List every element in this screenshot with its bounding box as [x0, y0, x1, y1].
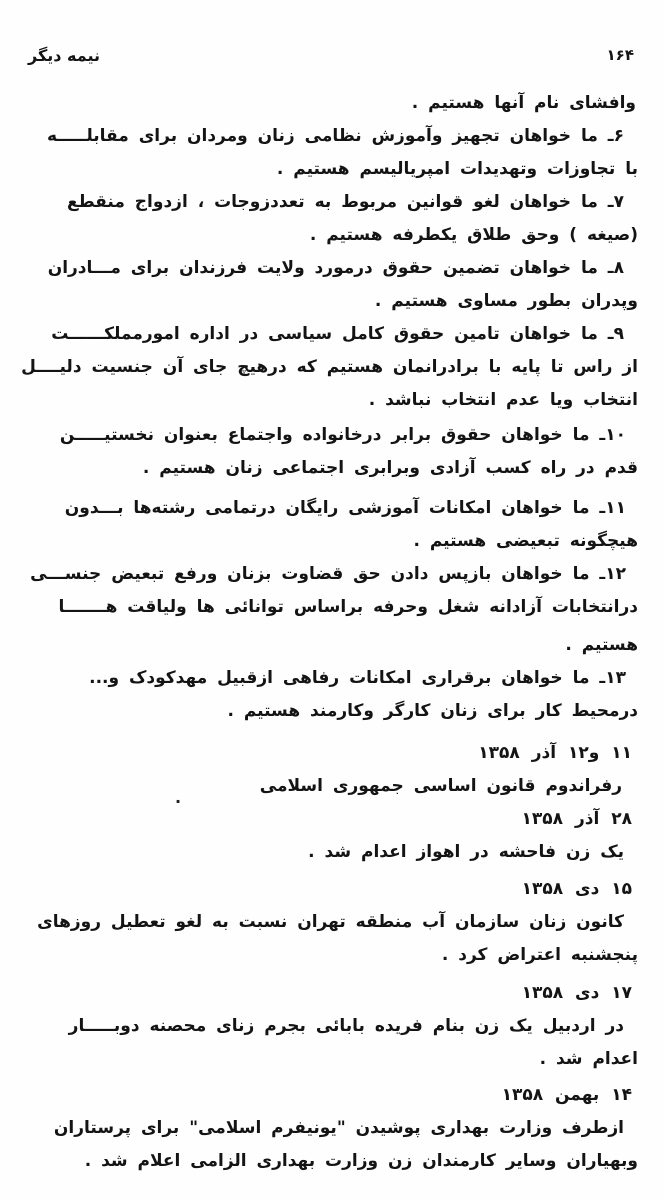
event-text-cont: اعدام شد . — [26, 1043, 638, 1076]
paragraph-continuation: وافشای نام آنها هستیم . — [26, 87, 638, 120]
demand-item-7-cont: (صیغه ) وحق طلاق یکطرفه هستیم . — [26, 219, 638, 252]
demand-item-10-cont: قدم در راه کسب آزادی وبرابری اجتماعی زنا… — [26, 452, 638, 485]
event-text: ازطرف وزارت بهداری پوشیدن "یونیفرم اسلام… — [26, 1112, 638, 1145]
demand-item-11-cont: هیچگونه تبعیضی هستیم . — [26, 525, 638, 558]
date-heading: ۱۷ دی ۱۳۵۸ — [26, 977, 638, 1010]
event-text-cont: وبهیاران وسایر کارمندان زن وزارت بهداری … — [26, 1145, 638, 1178]
demand-item-12-cont: درانتخابات آزادانه شغل وحرفه براساس توان… — [26, 591, 638, 624]
event-text: در اردبیل یک زن بنام فریده بابائی بجرم ز… — [26, 1010, 638, 1043]
scanned-document-page: ۱۶۴ نیمه دیگر وافشای نام آنها هستیم .۶ـ … — [0, 0, 664, 1200]
scan-artifact-dot: . — [175, 788, 181, 807]
demand-item-6-cont: با تجاوزات وتهدیدات امپریالیسم هستیم . — [26, 153, 638, 186]
demand-item-9-cont: از راس تا پایه با برادرانمان هستیم که در… — [26, 351, 638, 384]
page-number: ۱۶۴ — [607, 46, 638, 64]
date-heading: ۱۵ دی ۱۳۵۸ — [26, 873, 638, 906]
demand-item-13: ۱۳ـ ما خواهان برقراری امکانات رفاهی ازقب… — [26, 662, 638, 695]
demand-item-8-cont: وپدران بطور مساوی هستیم . — [26, 285, 638, 318]
event-text-cont: پنجشنبه اعتراض کرد . — [26, 939, 638, 972]
demand-item-12: ۱۲ـ ما خواهان بازپس دادن حق قضاوت بزنان … — [26, 558, 638, 591]
event-text: رفراندوم قانون اساسی جمهوری اسلامی — [26, 770, 638, 803]
date-heading: ۱۱ و۱۲ آذر ۱۳۵۸ — [26, 737, 638, 770]
demand-item-9-cont: انتخاب ویا عدم انتخاب نباشد . — [26, 384, 638, 417]
demand-item-12-cont: هستیم . — [26, 629, 638, 662]
demand-item-13-cont: درمحیط کار برای زنان کارگر وکارمند هستیم… — [26, 695, 638, 728]
demand-item-11: ۱۱ـ ما خواهان امکانات آموزشی رایگان درتم… — [26, 492, 638, 525]
page-header: ۱۶۴ نیمه دیگر — [26, 46, 638, 65]
document-body: وافشای نام آنها هستیم .۶ـ ما خواهان تجهی… — [26, 87, 638, 1178]
demand-item-6: ۶ـ ما خواهان تجهیز وآموزش نظامی زنان ومر… — [26, 120, 638, 153]
journal-title: نیمه دیگر — [26, 46, 100, 65]
event-text: کانون زنان سازمان آب منطقه تهران نسبت به… — [26, 906, 638, 939]
demand-item-8: ۸ـ ما خواهان تضمین حقوق درمورد ولایت فرز… — [26, 252, 638, 285]
date-heading: ۱۴ بهمن ۱۳۵۸ — [26, 1079, 638, 1112]
date-heading: ۲۸ آذر ۱۳۵۸ — [26, 803, 638, 836]
demand-item-10: ۱۰ـ ما خواهان حقوق برابر درخانواده واجتم… — [26, 419, 638, 452]
event-text: یک زن فاحشه در اهواز اعدام شد . — [26, 836, 638, 869]
demand-item-7: ۷ـ ما خواهان لغو قوانین مربوط به تعددزوج… — [26, 186, 638, 219]
demand-item-9: ۹ـ ما خواهان تامین حقوق کامل سیاسی در اد… — [26, 318, 638, 351]
